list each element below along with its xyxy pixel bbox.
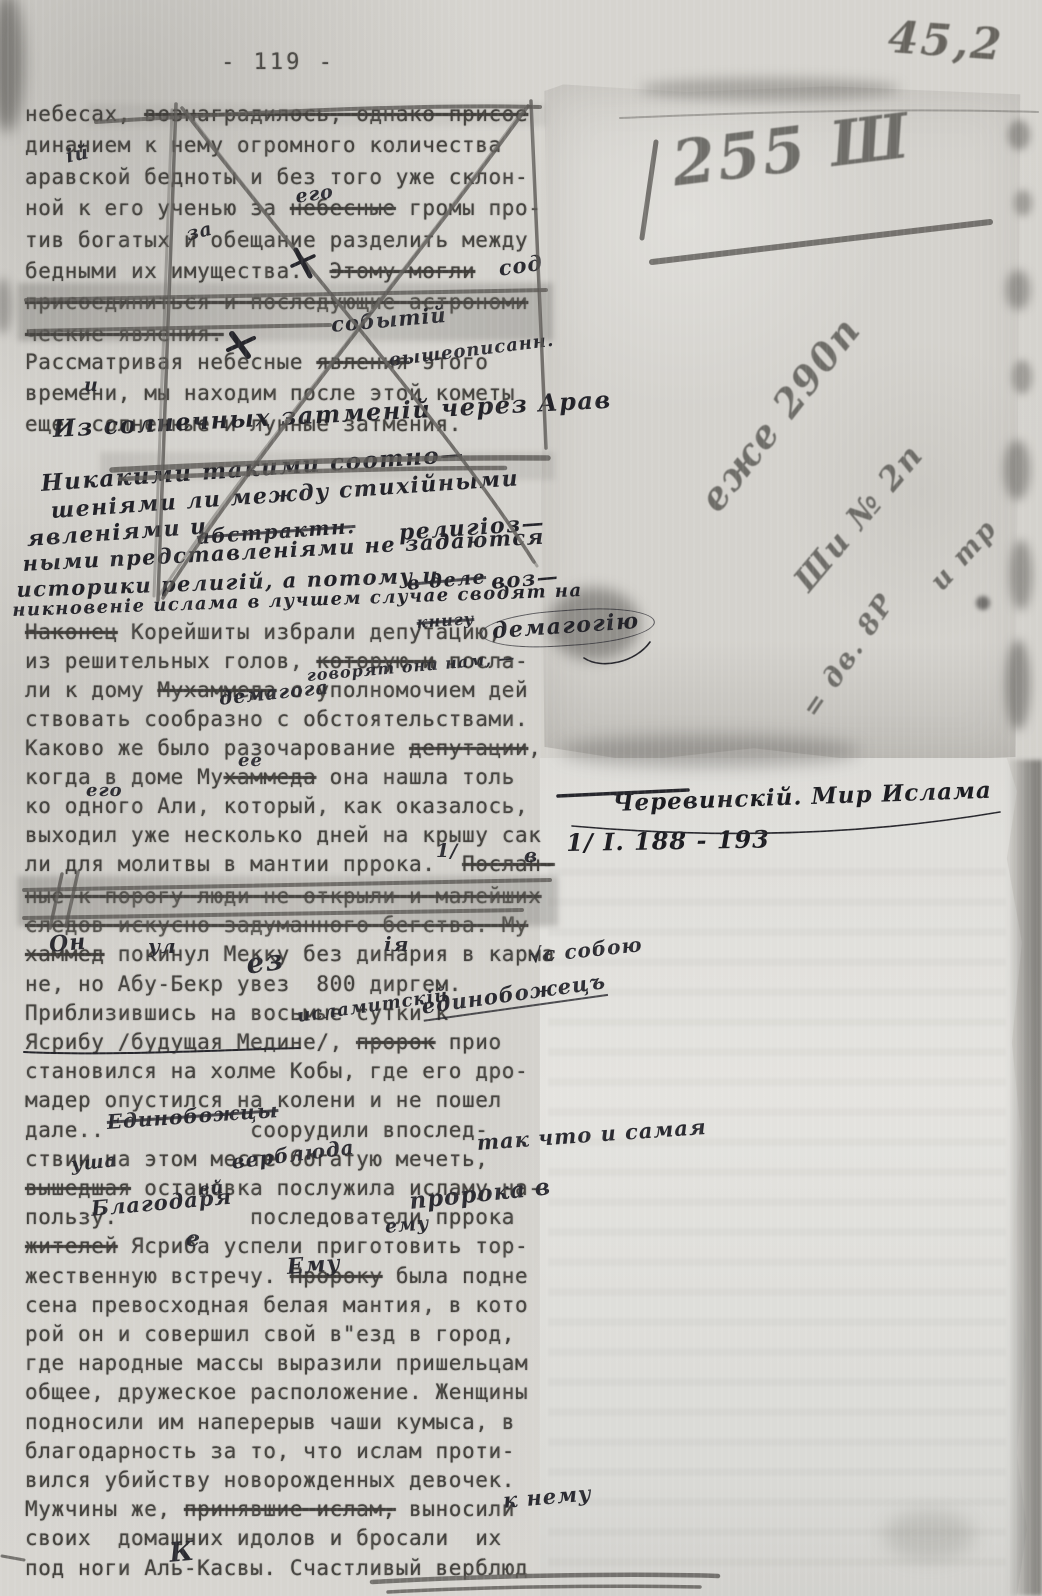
handwritten-note: так что и самая [476,1114,707,1155]
handwritten-note: Он [48,929,87,958]
manuscript-scan-page: - 119 - 45,2 небесах, вознаградилось, од… [0,0,1042,1596]
handwritten-note: пророка в [408,1173,552,1215]
handwritten-note: за [184,218,215,246]
handwritten-note: ій [64,141,91,167]
handwritten-note: ія [384,932,410,956]
handwritten-note: √с собою [528,932,644,968]
handwritten-note: его [86,780,123,801]
handwritten-note: верблюда [230,1135,356,1174]
handwritten-note: 1/ [436,840,458,862]
handwritten-note: единобожецъ [420,968,608,1022]
handwritten-note: ему [384,1212,430,1238]
handwritten-note: Единобожцы [106,1098,279,1134]
handwritten-note: и тр [924,513,1004,597]
handwritten-note: 255 Ш [668,99,915,201]
handwritten-note: Из солнечных затменій через Арав [52,385,612,443]
handwritten-note: уша [70,1149,119,1176]
handwritten-note: и [84,374,99,396]
footnote-page-reference: 1/ I. 188 - 193 [566,824,770,857]
handwritten-note: демагога [218,676,330,709]
handwritten-note: говорят они нам, — [306,648,516,685]
handwritten-note: сод [497,250,544,281]
handwritten-note: Ши № 2п [786,436,931,599]
handwritten-note: демагогію [480,604,656,652]
handwritten-note: ул [148,934,177,958]
handwritten-note: еже 290п [690,307,870,519]
handwritten-note: ее [238,750,263,771]
handwritten-note: событій [330,302,448,337]
handwritten-note: его [294,181,335,208]
handwritten-note: книгу [416,609,475,632]
handwritten-note: в [524,843,538,867]
handwritten-note: Ему [286,1250,342,1280]
handwritten-note: вышеописанн. [388,330,555,371]
handwritten-note: К [168,1536,196,1569]
handwritten-note: е [186,1226,201,1252]
handwritten-note: ез [244,943,286,981]
handwritten-note: = дв. 8Р [796,588,901,723]
handwritten-note: к нему [502,1480,593,1513]
handwritten-note: ей [198,1178,225,1200]
